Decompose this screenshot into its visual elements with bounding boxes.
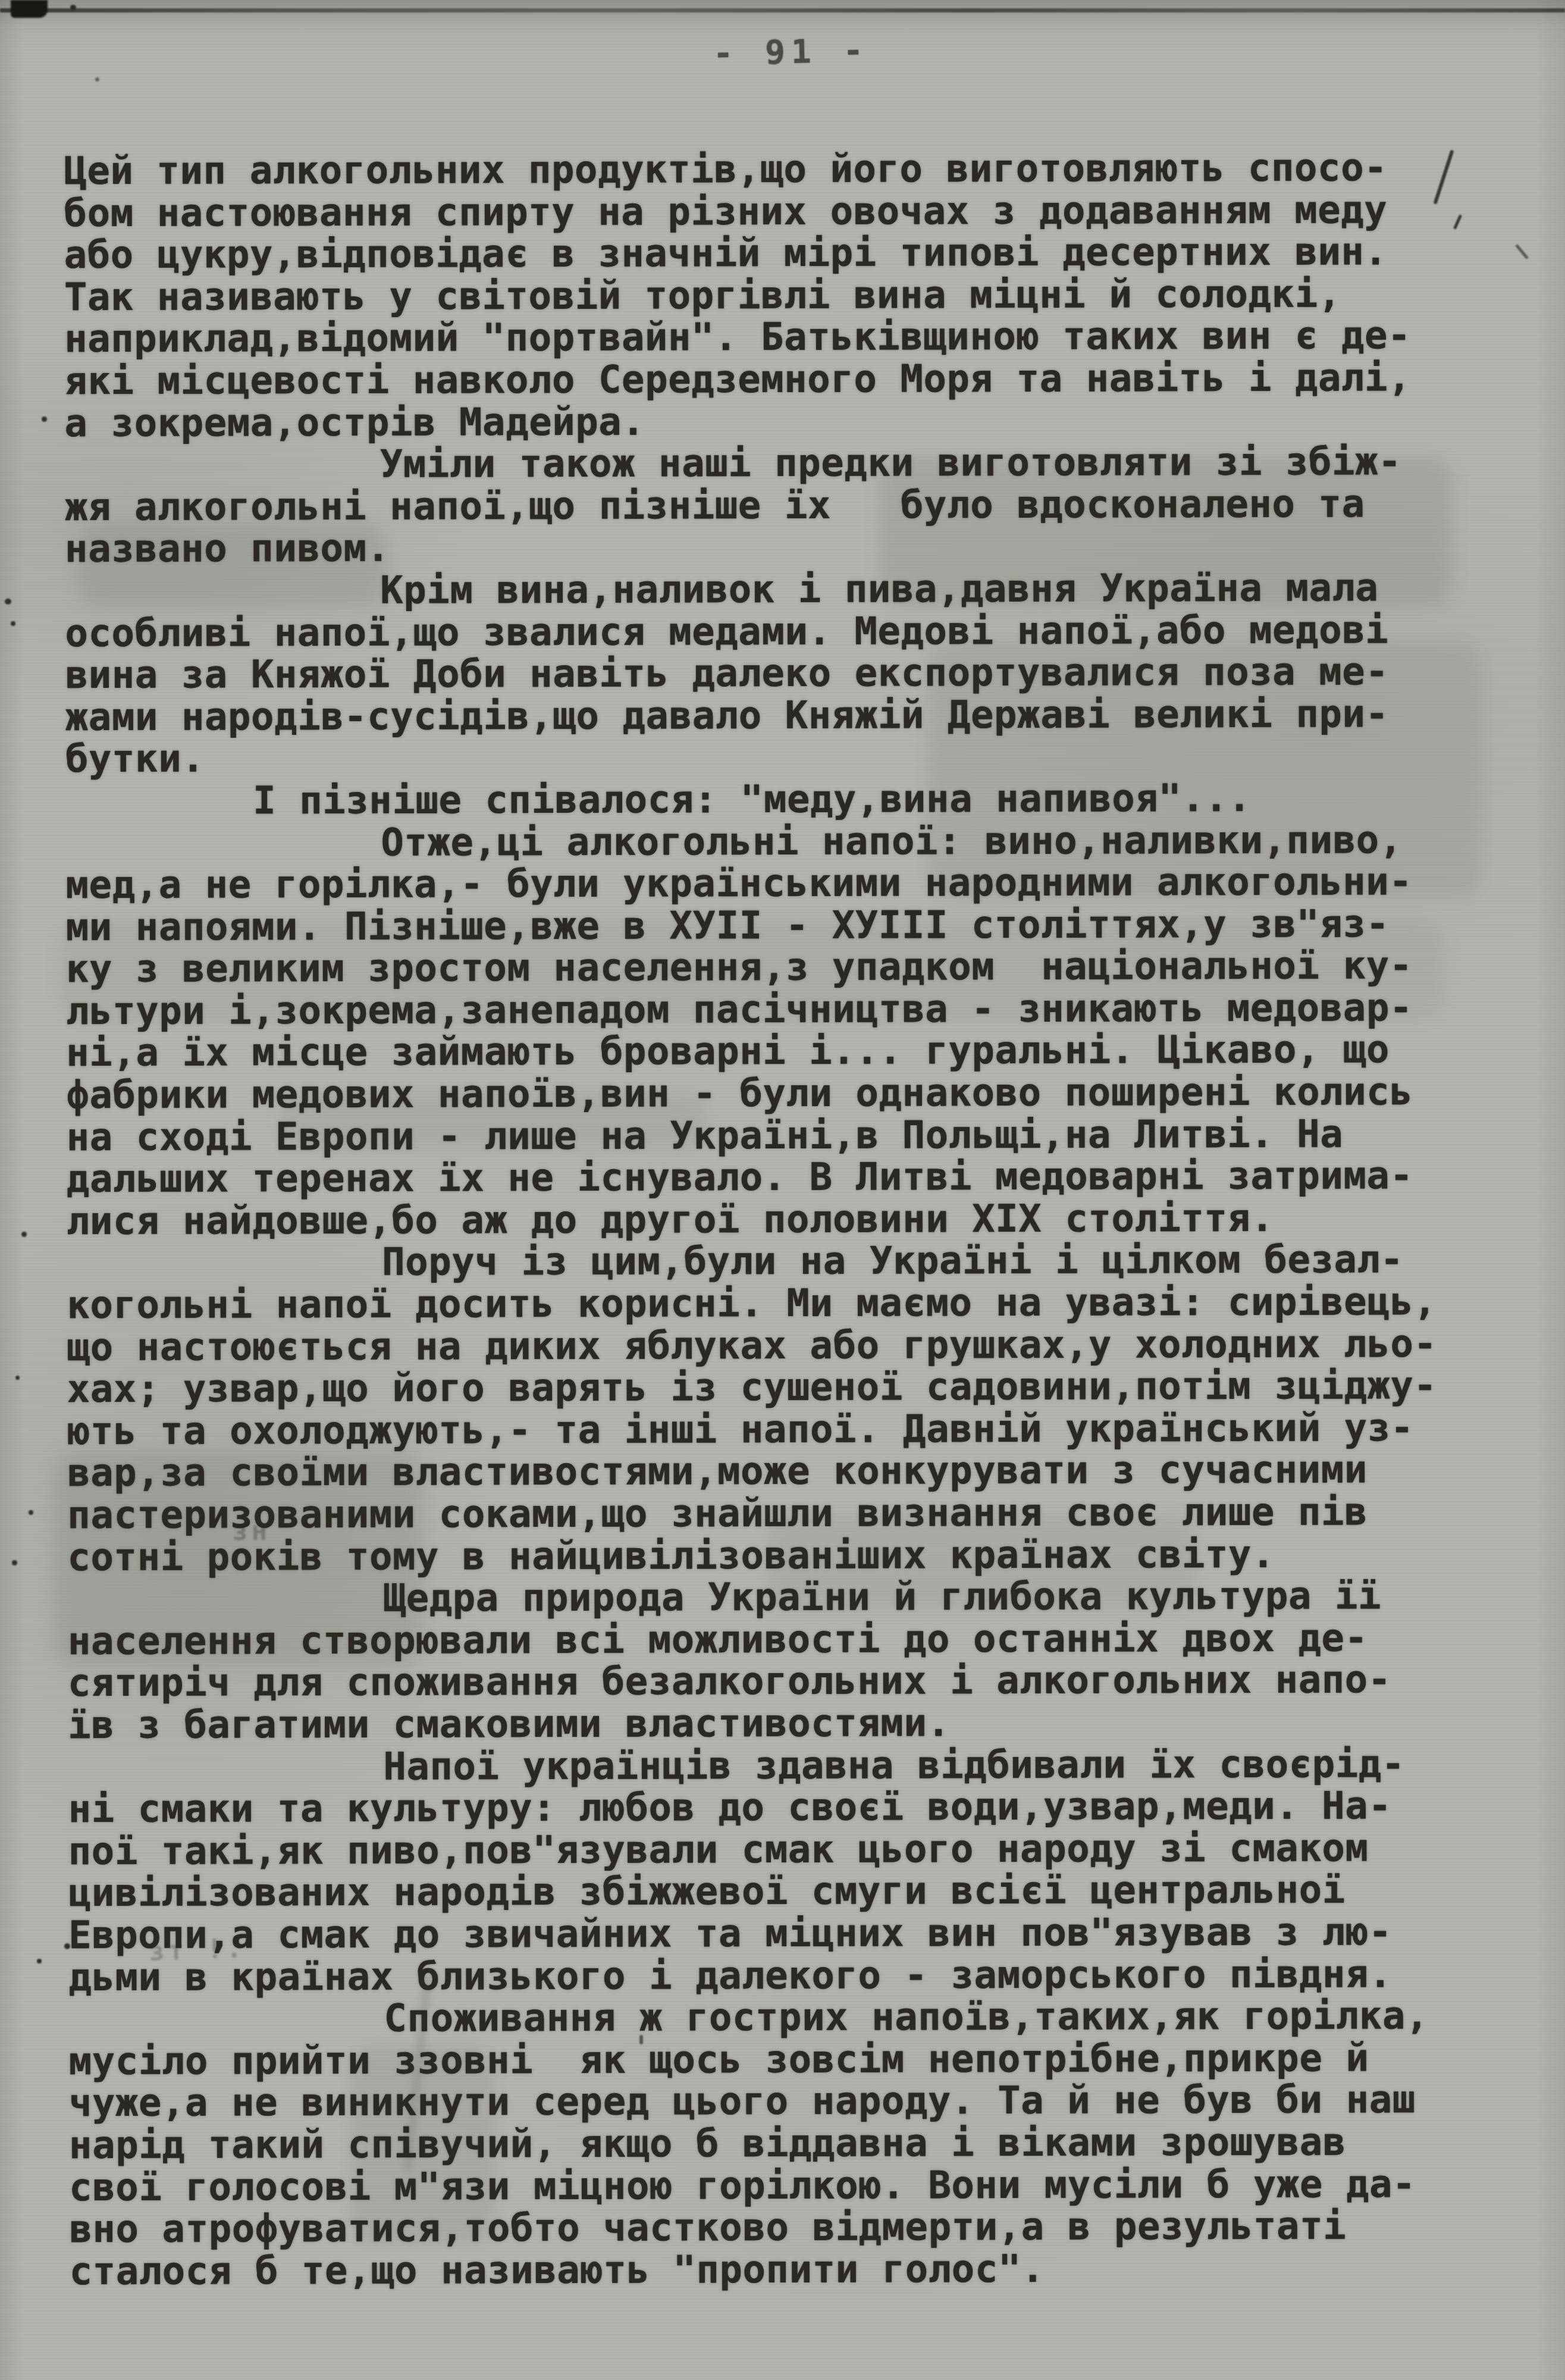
page-number: - 91 - xyxy=(683,30,898,74)
scan-speck xyxy=(70,5,76,10)
paragraph: Уміли також наші предки виготовляти зі з… xyxy=(65,441,1505,571)
paragraph: Споживання ж гострих напоїв,таких,як гор… xyxy=(68,1995,1508,2293)
paragraph: Поруч із цим,були на Україні і цілком бе… xyxy=(67,1239,1507,1579)
document-text: Цей тип алкогольних продуктів,що його ви… xyxy=(64,147,1508,2293)
paragraph: Напої українців здавна відбивали їх своє… xyxy=(68,1743,1508,1999)
scan-edge-line xyxy=(0,8,1565,12)
scan-speck xyxy=(37,1959,42,1963)
paragraph: Щедра природа України й глибока культура… xyxy=(68,1575,1508,1747)
pen-tick-mark xyxy=(1515,244,1529,259)
paragraph: Отже,ці алкогольні напої: вино,наливки,п… xyxy=(65,819,1506,1242)
scan-speck xyxy=(15,1376,20,1380)
paragraph: І пізніше співалося: "меду,вина напивоя"… xyxy=(65,777,1505,823)
scanned-page: - 91 - зн зт !. Цей тип алкогольних прод… xyxy=(0,0,1565,2380)
scan-speck xyxy=(42,416,47,422)
scan-speck xyxy=(11,621,15,626)
paragraph: Крім вина,наливок і пива,давня Україна м… xyxy=(65,567,1505,781)
scan-speck xyxy=(12,1560,17,1565)
scan-corner-mark xyxy=(11,0,48,18)
scan-speck xyxy=(5,599,11,605)
scan-speck xyxy=(21,1232,27,1237)
scan-speck xyxy=(29,1510,33,1515)
scan-speck xyxy=(95,77,99,82)
paragraph: Цей тип алкогольних продуктів,що його ви… xyxy=(64,147,1504,444)
